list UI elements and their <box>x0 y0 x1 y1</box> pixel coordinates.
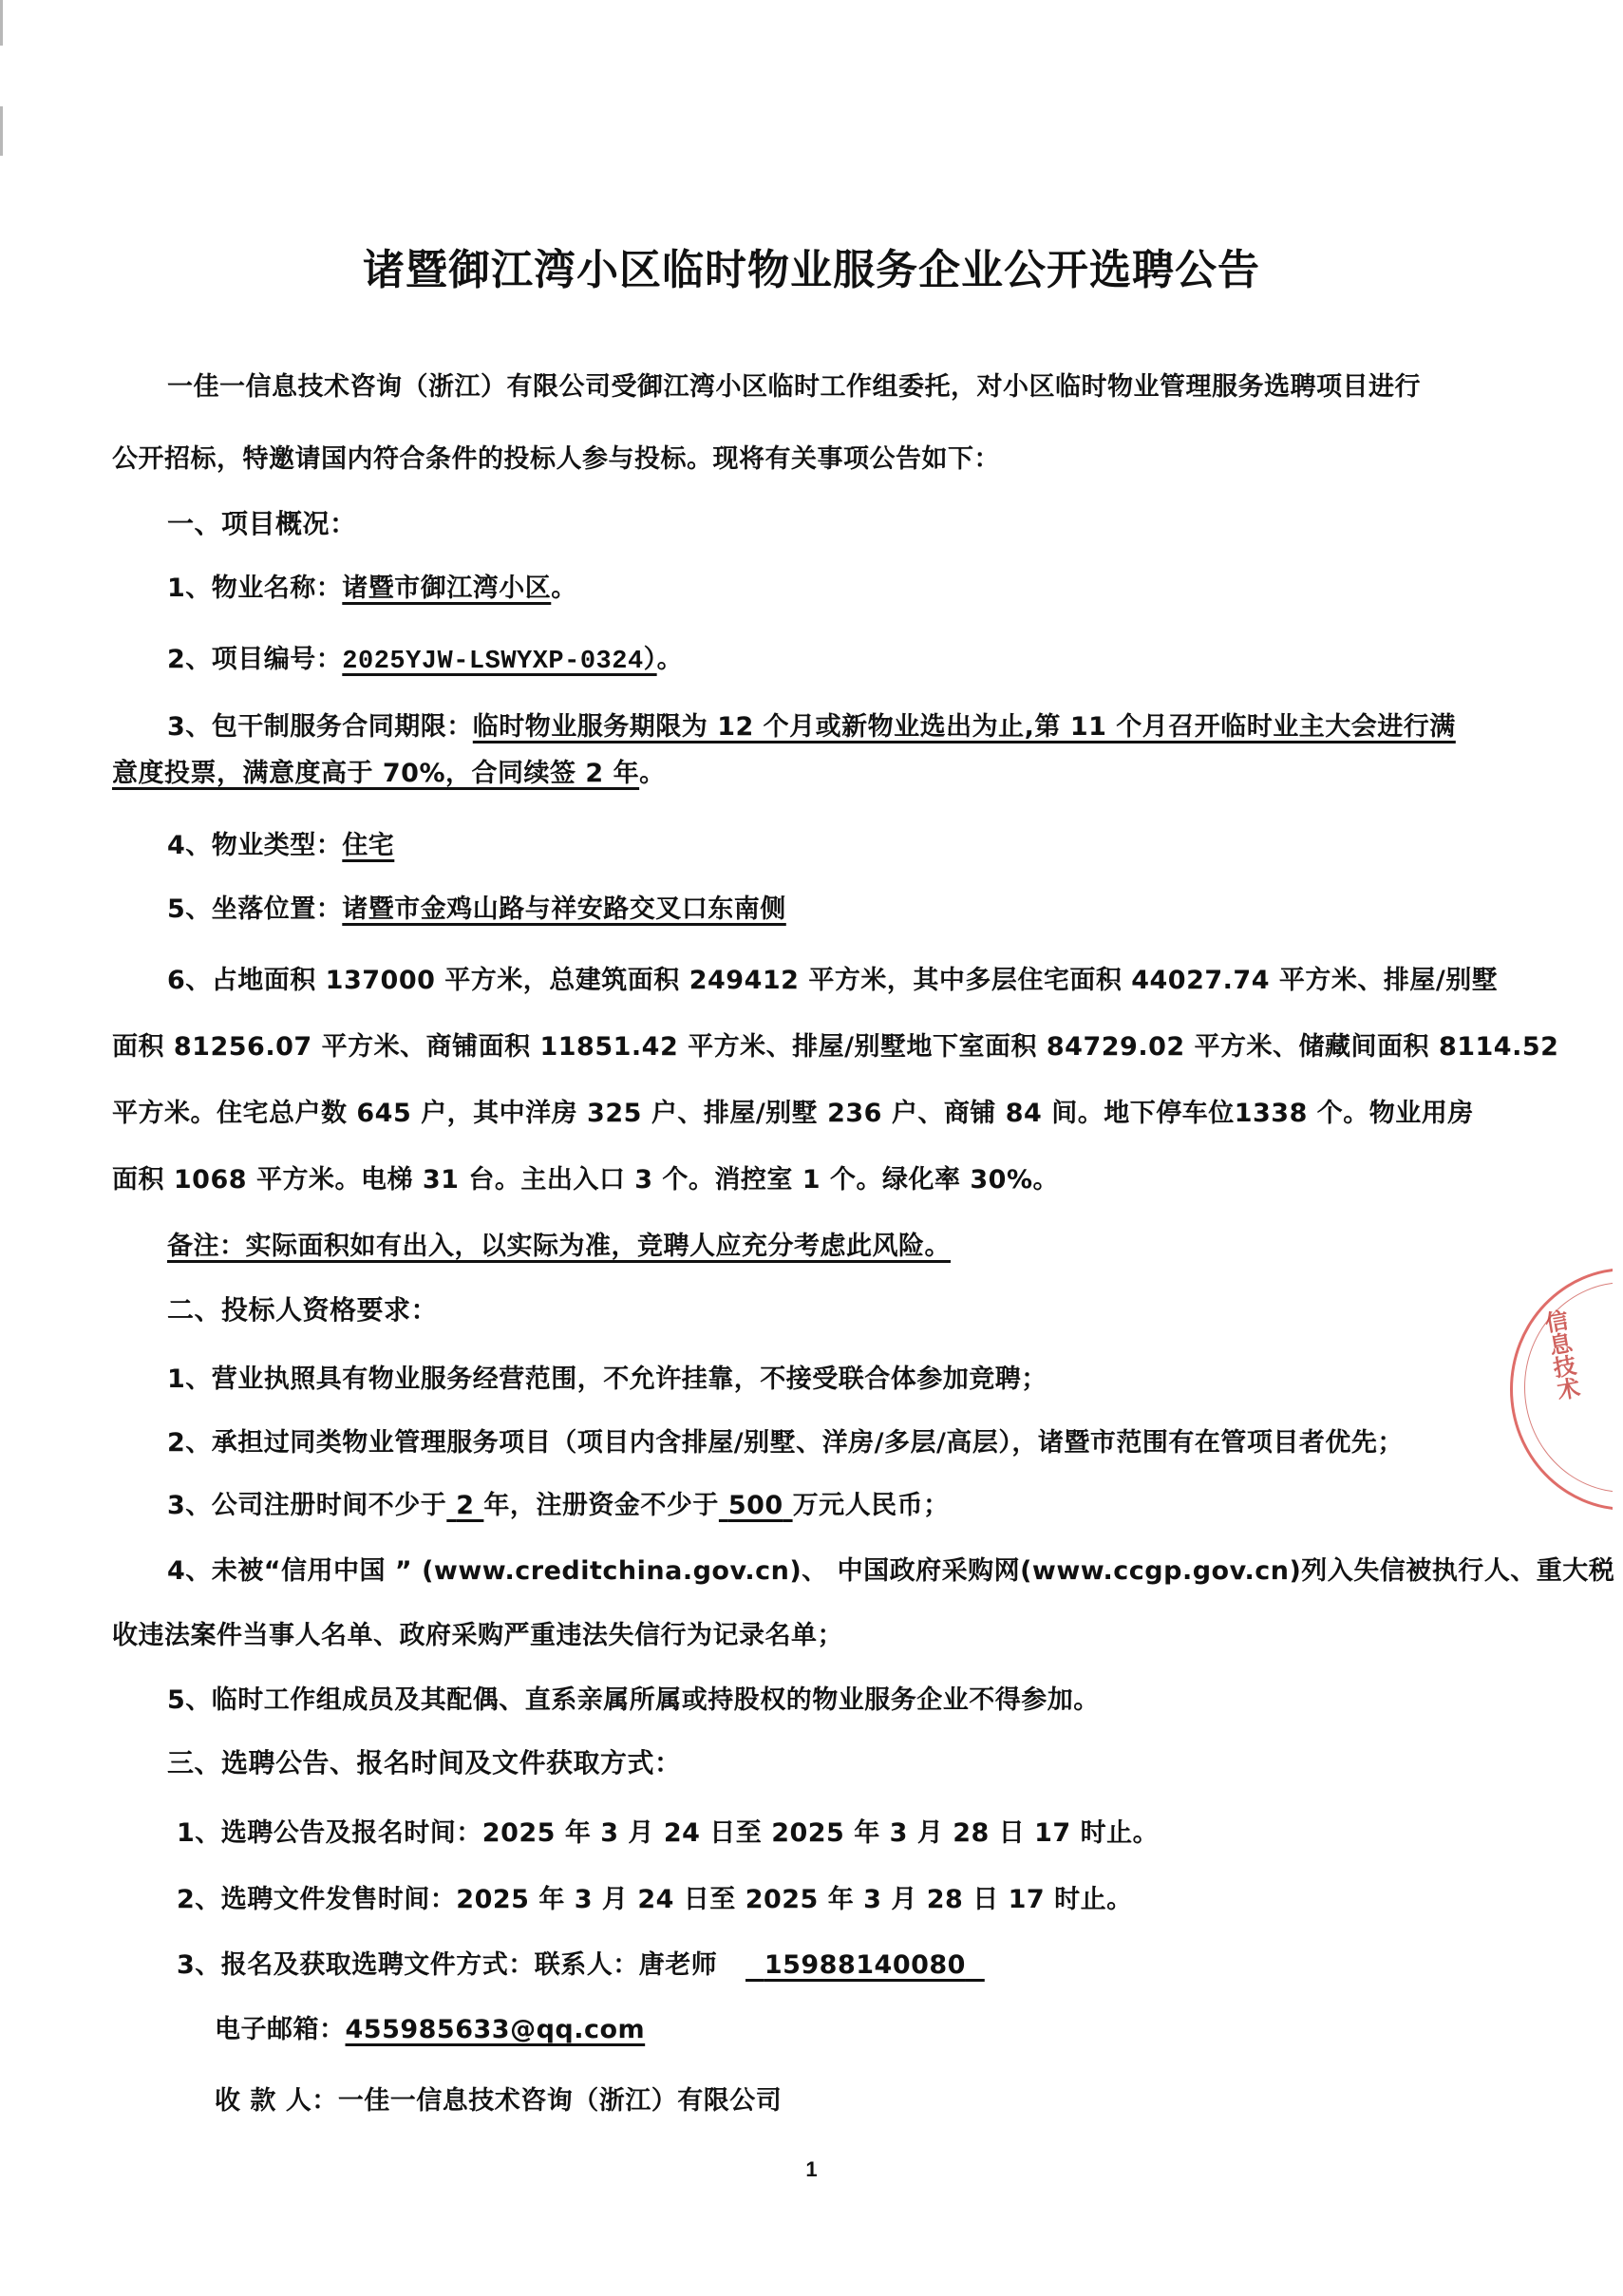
capital: 500 <box>728 1491 783 1520</box>
schedule-item-3: 3、报名及获取选聘文件方式：联系人：唐老师 15988140080 <box>177 1944 985 1981</box>
page-title: 诸暨御江湾小区临时物业服务企业公开选聘公告 <box>0 235 1623 296</box>
email-line: 电子邮箱：455985633@qq.com <box>215 2008 645 2045</box>
contact-label: 3、报名及获取选聘文件方式：联系人：唐老师 <box>177 1950 717 1980</box>
years-value: 2 <box>446 1491 483 1520</box>
section1-heading: 一、项目概况： <box>167 503 357 541</box>
punct: 。 <box>639 759 666 788</box>
qualification-item-4-line-2: 收违法案件当事人名单、政府采购严重违法失信行为记录名单； <box>112 1614 843 1651</box>
qualification-item-1: 1、营业执照具有物业服务经营范围，不允许挂靠，不接受联合体参加竞聘； <box>167 1358 1047 1395</box>
qualification-item-4-line-1: 4、未被“信用中国 ” (www.creditchina.gov.cn)、 中国… <box>167 1550 1614 1587</box>
note: 备注：实际面积如有出入，以实际为准，竞聘人应充分考虑此风险。 <box>167 1225 951 1262</box>
item-area-line-1: 6、占地面积 137000 平方米，总建筑面积 249412 平方米，其中多层住… <box>167 959 1498 996</box>
contact-phone: 15988140080 <box>745 1950 985 1980</box>
qualification-item-2: 2、承担过同类物业管理服务项目（项目内含排屋/别墅、洋房/多层/高层），诸暨市范… <box>167 1421 1404 1459</box>
qualification-item-3: 3、公司注册时间不少于 2 年，注册资金不少于 500 万元人民币； <box>167 1484 950 1521</box>
item-contract-term: 3、包干制服务合同期限：临时物业服务期限为 12 个月或新物业选出为止,第 11… <box>167 706 1456 743</box>
contract-term-value: 临时物业服务期限为 12 个月或新物业选出为止,第 11 个月召开临时业主大会进… <box>473 712 1456 742</box>
schedule-item-2: 2、选聘文件发售时间：2025 年 3 月 24 日至 2025 年 3 月 2… <box>177 1878 1133 1915</box>
item-label: 4、物业类型： <box>167 831 342 860</box>
email-label: 电子邮箱： <box>215 2015 346 2044</box>
punct: 。 <box>551 574 577 603</box>
schedule-item-1: 1、选聘公告及报名时间：2025 年 3 月 24 日至 2025 年 3 月 … <box>177 1812 1159 1849</box>
property-name-value: 诸暨市御江湾小区 <box>342 574 551 603</box>
property-type-value: 住宅 <box>342 831 394 860</box>
payee-value: 一佳一信息技术咨询（浙江）有限公司 <box>338 2086 783 2116</box>
email-link[interactable]: 455985633@qq.com <box>346 2015 646 2044</box>
punct: 。 <box>657 645 684 674</box>
text: 3、公司注册时间不少于 <box>167 1491 446 1520</box>
item-area-line-4: 面积 1068 平方米。电梯 31 台。主出入口 3 个。消控室 1 个。绿化率… <box>112 1158 1059 1195</box>
item-area-line-2: 面积 81256.07 平方米、商铺面积 11851.42 平方米、排屋/别墅地… <box>112 1026 1558 1063</box>
item-property-name: 1、物业名称：诸暨市御江湾小区。 <box>167 567 577 604</box>
contract-term-value-2: 意度投票，满意度高于 70%，合同续签 2 年 <box>112 759 639 788</box>
item-area-line-3: 平方米。住宅总户数 645 户，其中洋房 325 户、排屋/别墅 236 户、商… <box>112 1092 1474 1129</box>
item-location: 5、坐落位置：诸暨市金鸡山路与祥安路交叉口东南侧 <box>167 888 786 925</box>
item-property-type: 4、物业类型：住宅 <box>167 824 394 861</box>
section2-heading: 二、投标人资格要求： <box>167 1289 438 1327</box>
project-number-value: 2025YJW-LSWYXP-0324） <box>342 648 656 676</box>
intro-line-1: 一佳一信息技术咨询（浙江）有限公司受御江湾小区临时工作组委托，对小区临时物业管理… <box>167 366 1421 403</box>
payee-line: 收 款 人：一佳一信息技术咨询（浙江）有限公司 <box>215 2080 782 2117</box>
item-project-number: 2、项目编号：2025YJW-LSWYXP-0324）。 <box>167 638 683 676</box>
scan-edge-mark <box>0 106 3 156</box>
phone: 15988140080 <box>764 1950 966 1980</box>
item-label: 5、坐落位置： <box>167 894 342 924</box>
intro-line-2: 公开招标，特邀请国内符合条件的投标人参与投标。现将有关事项公告如下： <box>112 438 1000 475</box>
capital-value: 500 <box>719 1491 793 1520</box>
qualification-item-5: 5、临时工作组成员及其配偶、直系亲属所属或持股权的物业服务企业不得参加。 <box>167 1679 1100 1716</box>
payee-label: 收 款 人： <box>215 2086 338 2116</box>
item-label: 3、包干制服务合同期限： <box>167 712 473 742</box>
text: 万元人民币； <box>793 1491 950 1520</box>
location-value: 诸暨市金鸡山路与祥安路交叉口东南侧 <box>342 894 786 924</box>
years: 2 <box>456 1491 474 1520</box>
page-number: 1 <box>0 2157 1623 2182</box>
page-edge-clip <box>1613 1225 1623 1548</box>
item-label: 1、物业名称： <box>167 574 342 603</box>
item-label: 2、项目编号： <box>167 645 342 674</box>
text: 年，注册资金不少于 <box>483 1491 719 1520</box>
item-contract-term-cont: 意度投票，满意度高于 70%，合同续签 2 年。 <box>112 752 666 789</box>
scan-edge-mark <box>0 0 3 46</box>
section3-heading: 三、选聘公告、报名时间及文件获取方式： <box>167 1742 682 1780</box>
